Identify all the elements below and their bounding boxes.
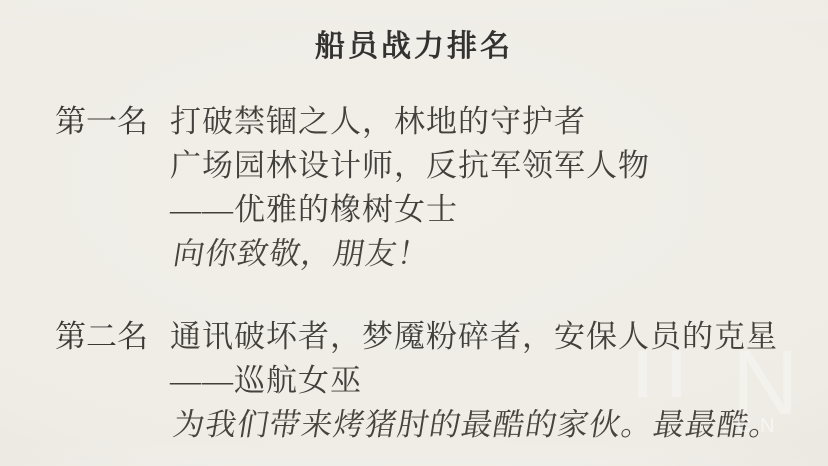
entry-description-first: 打破禁锢之人，林地的守护者 广场园林设计师，反抗军领军人物 ——优雅的橡树女士 …	[170, 100, 808, 276]
ranking-entry-second: 第二名 通讯破坏者，梦魇粉碎者，安保人员的克星 ——巡航女巫 为我们带来烤猪肘的…	[55, 315, 808, 447]
attribution-line: ——巡航女巫	[170, 359, 808, 403]
description-line: 通讯破坏者，梦魇粉碎者，安保人员的克星	[170, 315, 808, 359]
comment-line: 为我们带来烤猪肘的最酷的家伙。最最酷。	[170, 403, 815, 447]
description-line: 广场园林设计师，反抗军领军人物	[170, 144, 808, 188]
comment-line: 向你致敬，朋友！	[170, 232, 815, 276]
rank-label-second: 第二名	[55, 315, 170, 359]
entry-description-second: 通讯破坏者，梦魇粉碎者，安保人员的克星 ——巡航女巫 为我们带来烤猪肘的最酷的家…	[170, 315, 808, 447]
description-line: 打破禁锢之人，林地的守护者	[170, 100, 808, 144]
page-title: 船员战力排名	[0, 21, 828, 65]
rank-label-first: 第一名	[55, 100, 170, 144]
ranking-entry-first: 第一名 打破禁锢之人，林地的守护者 广场园林设计师，反抗军领军人物 ——优雅的橡…	[55, 100, 808, 276]
ranking-list: 第一名 打破禁锢之人，林地的守护者 广场园林设计师，反抗军领军人物 ——优雅的橡…	[55, 100, 808, 447]
document-page: 船员战力排名 第一名 打破禁锢之人，林地的守护者 广场园林设计师，反抗军领军人物…	[0, 0, 828, 466]
attribution-line: ——优雅的橡树女士	[170, 188, 808, 232]
